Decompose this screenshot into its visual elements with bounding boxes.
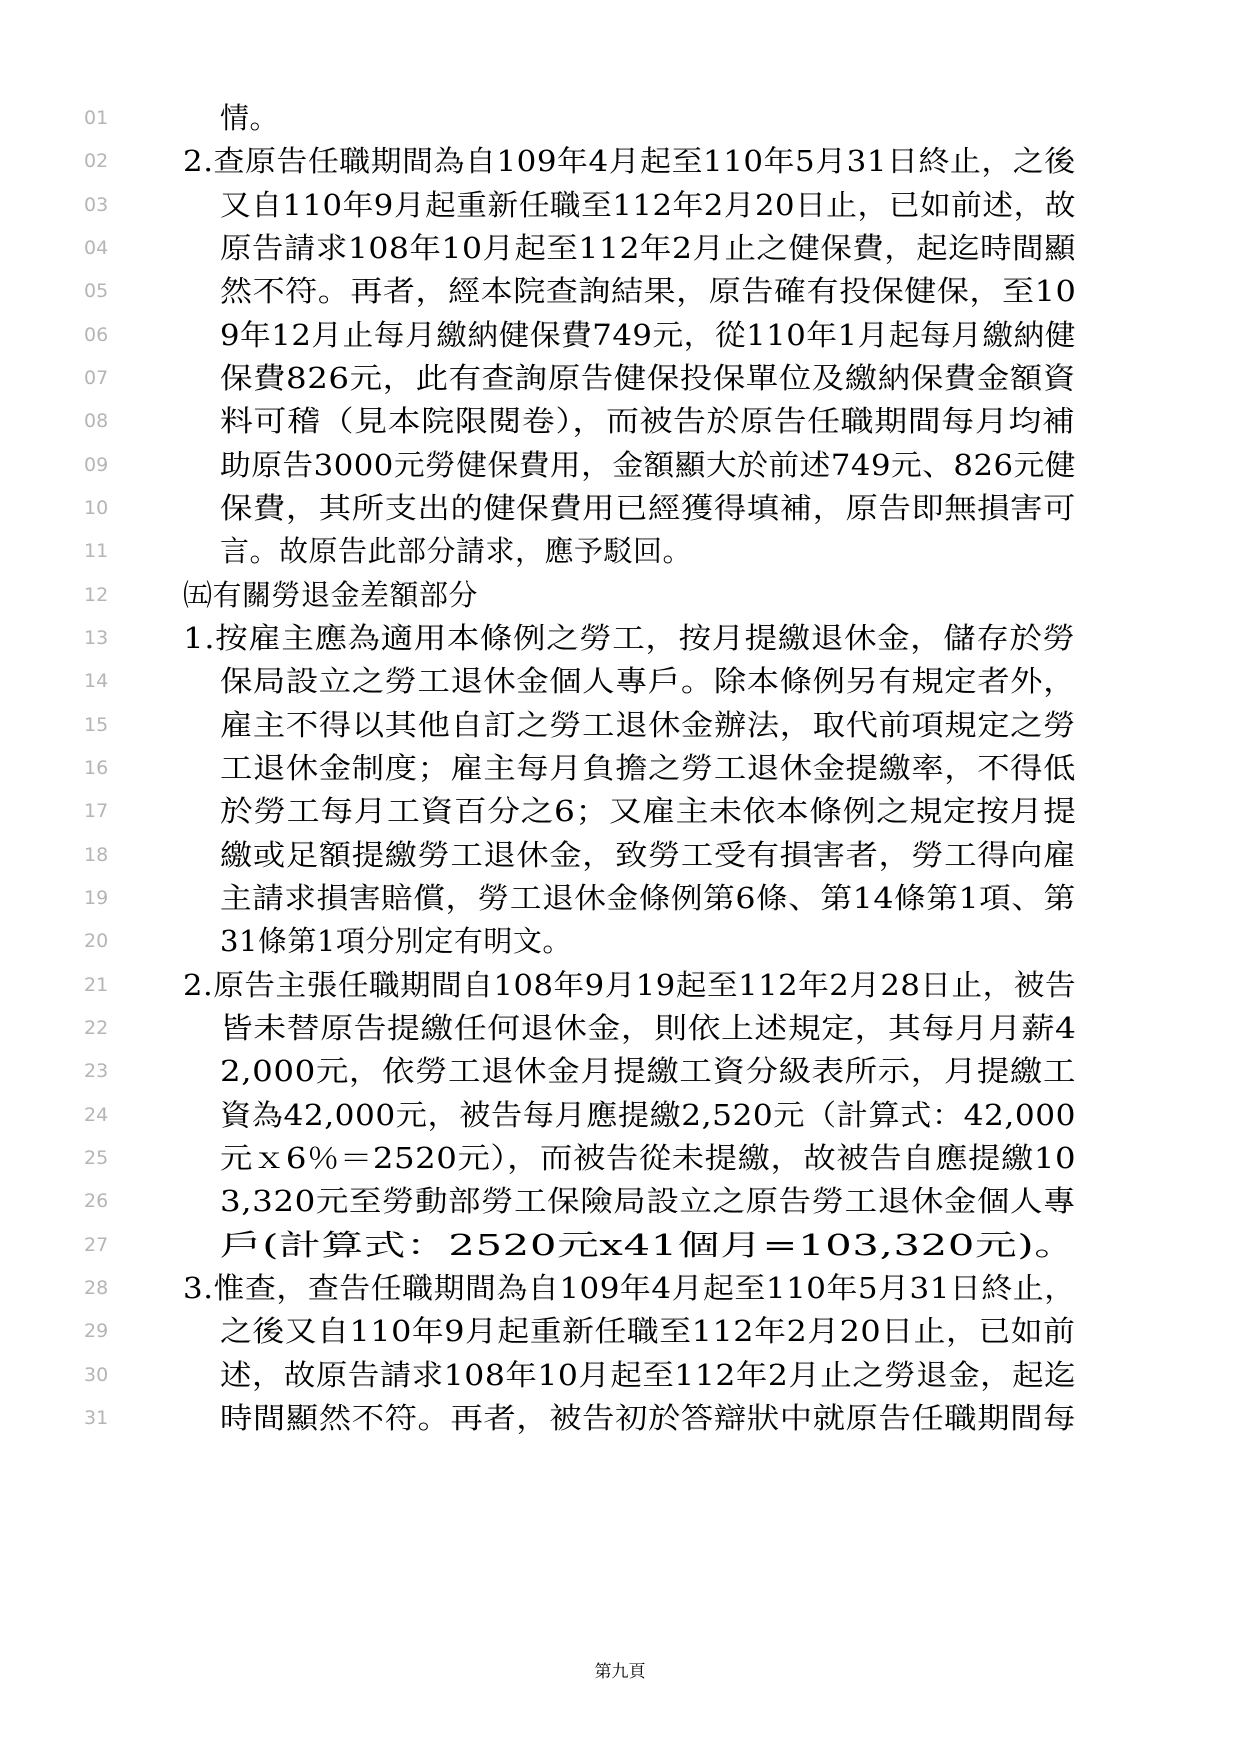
document-line: 069年12月止每月繳納健保費749元，從110年1月起每月繳納健 — [0, 314, 1240, 357]
line-text: ㈤有關勞退金差額部分 — [183, 574, 478, 617]
document-line: 14保局設立之勞工退休金個人專戶。除本條例另有規定者外， — [0, 660, 1240, 703]
line-number: 12 — [84, 574, 124, 617]
document-line: 2031條第1項分別定有明文。 — [0, 920, 1240, 963]
line-number: 25 — [84, 1137, 124, 1180]
line-number: 17 — [84, 790, 124, 833]
document-line: 10保費，其所支出的健保費用已經獲得填補，原告即無損害可 — [0, 487, 1240, 530]
line-number: 01 — [84, 97, 124, 140]
document-line: 04原告請求108年10月起至112年2月止之健保費，起迄時間顯 — [0, 227, 1240, 270]
line-text: 然不符。再者，經本院查詢結果，原告確有投保健保，至10 — [220, 270, 1076, 313]
line-text: 2.原告主張任職期間自108年9月19起至112年2月28日止，被告 — [183, 964, 1076, 1007]
document-line: 30述，故原告請求108年10月起至112年2月止之勞退金，起迄 — [0, 1354, 1240, 1397]
line-text: 雇主不得以其他自訂之勞工退休金辦法，取代前項規定之勞 — [220, 704, 1076, 747]
document-line: 11言。故原告此部分請求，應予駁回。 — [0, 530, 1240, 573]
line-number: 05 — [84, 270, 124, 313]
line-number: 21 — [84, 964, 124, 1007]
line-number: 14 — [84, 660, 124, 703]
line-text: 原告請求108年10月起至112年2月止之健保費，起迄時間顯 — [220, 227, 1076, 270]
document-line: 25元ｘ6％＝2520元），而被告從未提繳，故被告自應提繳10 — [0, 1137, 1240, 1180]
line-text: 1.按雇主應為適用本條例之勞工，按月提繳退休金，儲存於勞 — [183, 617, 1076, 660]
line-text: 31條第1項分別定有明文。 — [220, 920, 572, 963]
line-number: 29 — [84, 1310, 124, 1353]
line-number: 11 — [84, 530, 124, 573]
document-line: 16工退休金制度；雇主每月負擔之勞工退休金提繳率，不得低 — [0, 747, 1240, 790]
document-line: 15雇主不得以其他自訂之勞工退休金辦法，取代前項規定之勞 — [0, 704, 1240, 747]
line-number: 03 — [84, 184, 124, 227]
line-text: 又自110年9月起重新任職至112年2月20日止，已如前述，故 — [220, 184, 1076, 227]
line-number: 24 — [84, 1094, 124, 1137]
line-text: 情。 — [220, 97, 279, 140]
line-text: 2.查原告任職期間為自109年4月起至110年5月31日終止，之後 — [183, 140, 1076, 183]
document-line: 07保費826元，此有查詢原告健保投保單位及繳納保費金額資 — [0, 357, 1240, 400]
page-number: 第九頁 — [0, 1657, 1240, 1682]
document-line: 232,000元，依勞工退休金月提繳工資分級表所示，月提繳工 — [0, 1050, 1240, 1093]
line-text: 言。故原告此部分請求，應予駁回。 — [220, 530, 692, 573]
line-number: 31 — [84, 1397, 124, 1440]
line-number: 09 — [84, 444, 124, 487]
document-line: 08料可稽（見本院限閱卷），而被告於原告任職期間每月均補 — [0, 400, 1240, 443]
line-text: 資為42,000元，被告每月應提繳2,520元（計算式：42,000 — [220, 1094, 1076, 1137]
line-number: 08 — [84, 400, 124, 443]
line-number: 07 — [84, 357, 124, 400]
line-text: 繳或足額提繳勞工退休金，致勞工受有損害者，勞工得向雇 — [220, 834, 1076, 877]
line-number: 23 — [84, 1050, 124, 1093]
document-line: 022.查原告任職期間為自109年4月起至110年5月31日終止，之後 — [0, 140, 1240, 183]
line-text: 3.惟查，查告任職期間為自109年4月起至110年5月31日終止， — [183, 1267, 1076, 1310]
line-text: 於勞工每月工資百分之6；又雇主未依本條例之規定按月提 — [220, 790, 1077, 833]
line-number: 06 — [84, 314, 124, 357]
line-text: 助原告3000元勞健保費用，金額顯大於前述749元、826元健 — [220, 444, 1076, 487]
line-text: 保費，其所支出的健保費用已經獲得填補，原告即無損害可 — [220, 487, 1076, 530]
line-text: 述，故原告請求108年10月起至112年2月止之勞退金，起迄 — [220, 1354, 1076, 1397]
line-text: 之後又自110年9月起重新任職至112年2月20日止，已如前 — [220, 1310, 1075, 1353]
document-line: 19主請求損害賠償，勞工退休金條例第6條、第14條第1項、第 — [0, 877, 1240, 920]
document-line: 22皆未替原告提繳任何退休金，則依上述規定，其每月月薪4 — [0, 1007, 1240, 1050]
line-number: 18 — [84, 834, 124, 877]
line-number: 04 — [84, 227, 124, 270]
line-number: 15 — [84, 704, 124, 747]
document-line: 29之後又自110年9月起重新任職至112年2月20日止，已如前 — [0, 1310, 1240, 1353]
document-page: 01情。022.查原告任職期間為自109年4月起至110年5月31日終止，之後0… — [0, 0, 1240, 1755]
line-text: 9年12月止每月繳納健保費749元，從110年1月起每月繳納健 — [220, 314, 1076, 357]
line-text: 3,320元至勞動部勞工保險局設立之原告勞工退休金個人專 — [220, 1180, 1076, 1223]
document-line: 09助原告3000元勞健保費用，金額顯大於前述749元、826元健 — [0, 444, 1240, 487]
line-text: 時間顯然不符。再者，被告初於答辯狀中就原告任職期間每 — [220, 1397, 1076, 1440]
document-line: 12㈤有關勞退金差額部分 — [0, 574, 1240, 617]
line-text: 保費826元，此有查詢原告健保投保單位及繳納保費金額資 — [220, 357, 1076, 400]
line-text: 2,000元，依勞工退休金月提繳工資分級表所示，月提繳工 — [220, 1050, 1076, 1093]
document-line: 212.原告主張任職期間自108年9月19起至112年2月28日止，被告 — [0, 964, 1240, 1007]
line-text: 皆未替原告提繳任何退休金，則依上述規定，其每月月薪4 — [220, 1007, 1077, 1050]
document-line: 283.惟查，查告任職期間為自109年4月起至110年5月31日終止， — [0, 1267, 1240, 1310]
line-number: 16 — [84, 747, 124, 790]
line-text: 元ｘ6％＝2520元），而被告從未提繳，故被告自應提繳10 — [220, 1137, 1076, 1180]
document-line: 05然不符。再者，經本院查詢結果，原告確有投保健保，至10 — [0, 270, 1240, 313]
document-line: 31時間顯然不符。再者，被告初於答辯狀中就原告任職期間每 — [0, 1397, 1240, 1440]
line-number: 27 — [84, 1224, 124, 1267]
document-line: 27戶(計算式：2520元x41個月=103,320元)。 — [0, 1224, 1240, 1267]
line-text: 主請求損害賠償，勞工退休金條例第6條、第14條第1項、第 — [220, 877, 1076, 920]
line-number: 19 — [84, 877, 124, 920]
line-text: 料可稽（見本院限閱卷），而被告於原告任職期間每月均補 — [220, 400, 1075, 443]
line-text: 保局設立之勞工退休金個人專戶。除本條例另有規定者外， — [220, 660, 1076, 703]
line-text: 戶(計算式：2520元x41個月=103,320元)。 — [220, 1224, 1077, 1267]
line-number: 10 — [84, 487, 124, 530]
line-number: 28 — [84, 1267, 124, 1310]
line-number: 30 — [84, 1354, 124, 1397]
document-line: 03又自110年9月起重新任職至112年2月20日止，已如前述，故 — [0, 184, 1240, 227]
document-line: 01情。 — [0, 97, 1240, 140]
line-number: 26 — [84, 1180, 124, 1223]
document-line: 18繳或足額提繳勞工退休金，致勞工受有損害者，勞工得向雇 — [0, 834, 1240, 877]
document-line: 24資為42,000元，被告每月應提繳2,520元（計算式：42,000 — [0, 1094, 1240, 1137]
line-number: 13 — [84, 617, 124, 660]
document-line: 263,320元至勞動部勞工保險局設立之原告勞工退休金個人專 — [0, 1180, 1240, 1223]
line-number: 02 — [84, 140, 124, 183]
document-line: 17於勞工每月工資百分之6；又雇主未依本條例之規定按月提 — [0, 790, 1240, 833]
line-number: 20 — [84, 920, 124, 963]
line-number: 22 — [84, 1007, 124, 1050]
line-text: 工退休金制度；雇主每月負擔之勞工退休金提繳率，不得低 — [220, 747, 1076, 790]
document-line: 131.按雇主應為適用本條例之勞工，按月提繳退休金，儲存於勞 — [0, 617, 1240, 660]
